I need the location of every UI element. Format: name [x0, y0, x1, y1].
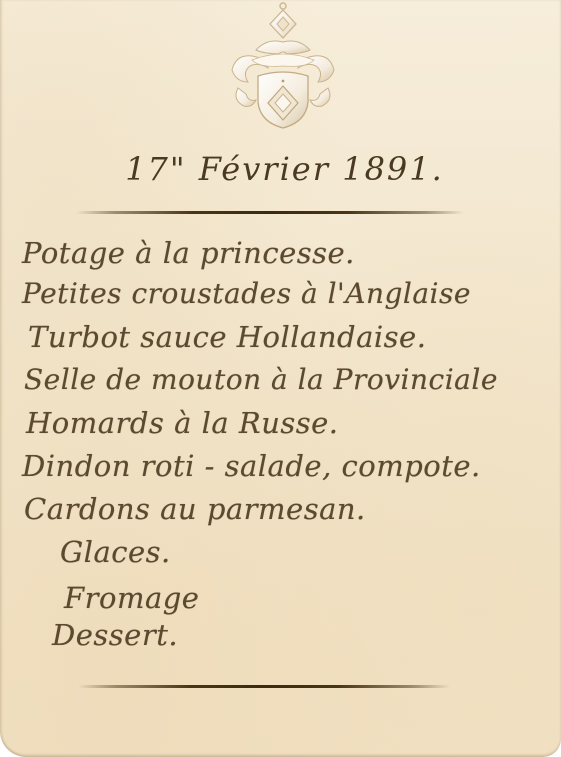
- menu-card: 17" Février 1891. Potage à la princesse.…: [0, 0, 561, 757]
- menu-date: 17" Février 1891.: [0, 150, 561, 188]
- menu-item-homards: Homards à la Russe.: [26, 406, 339, 440]
- menu-item-croustades: Petites croustades à l'Anglaise: [22, 277, 471, 310]
- coat-of-arms-icon: [222, 2, 344, 132]
- menu-item-dindon: Dindon roti - salade, compote.: [22, 449, 481, 483]
- top-divider: [76, 211, 464, 214]
- menu-item-dessert: Dessert.: [52, 618, 178, 652]
- menu-item-fromage: Fromage: [64, 581, 199, 615]
- menu-item-cardons: Cardons au parmesan.: [24, 492, 366, 526]
- menu-item-glaces: Glaces.: [60, 535, 171, 569]
- menu-item-selle-de-mouton: Selle de mouton à la Provinciale: [24, 363, 498, 396]
- bottom-divider: [78, 685, 450, 688]
- menu-item-potage: Potage à la princesse.: [22, 236, 355, 270]
- menu-item-turbot: Turbot sauce Hollandaise.: [28, 320, 426, 354]
